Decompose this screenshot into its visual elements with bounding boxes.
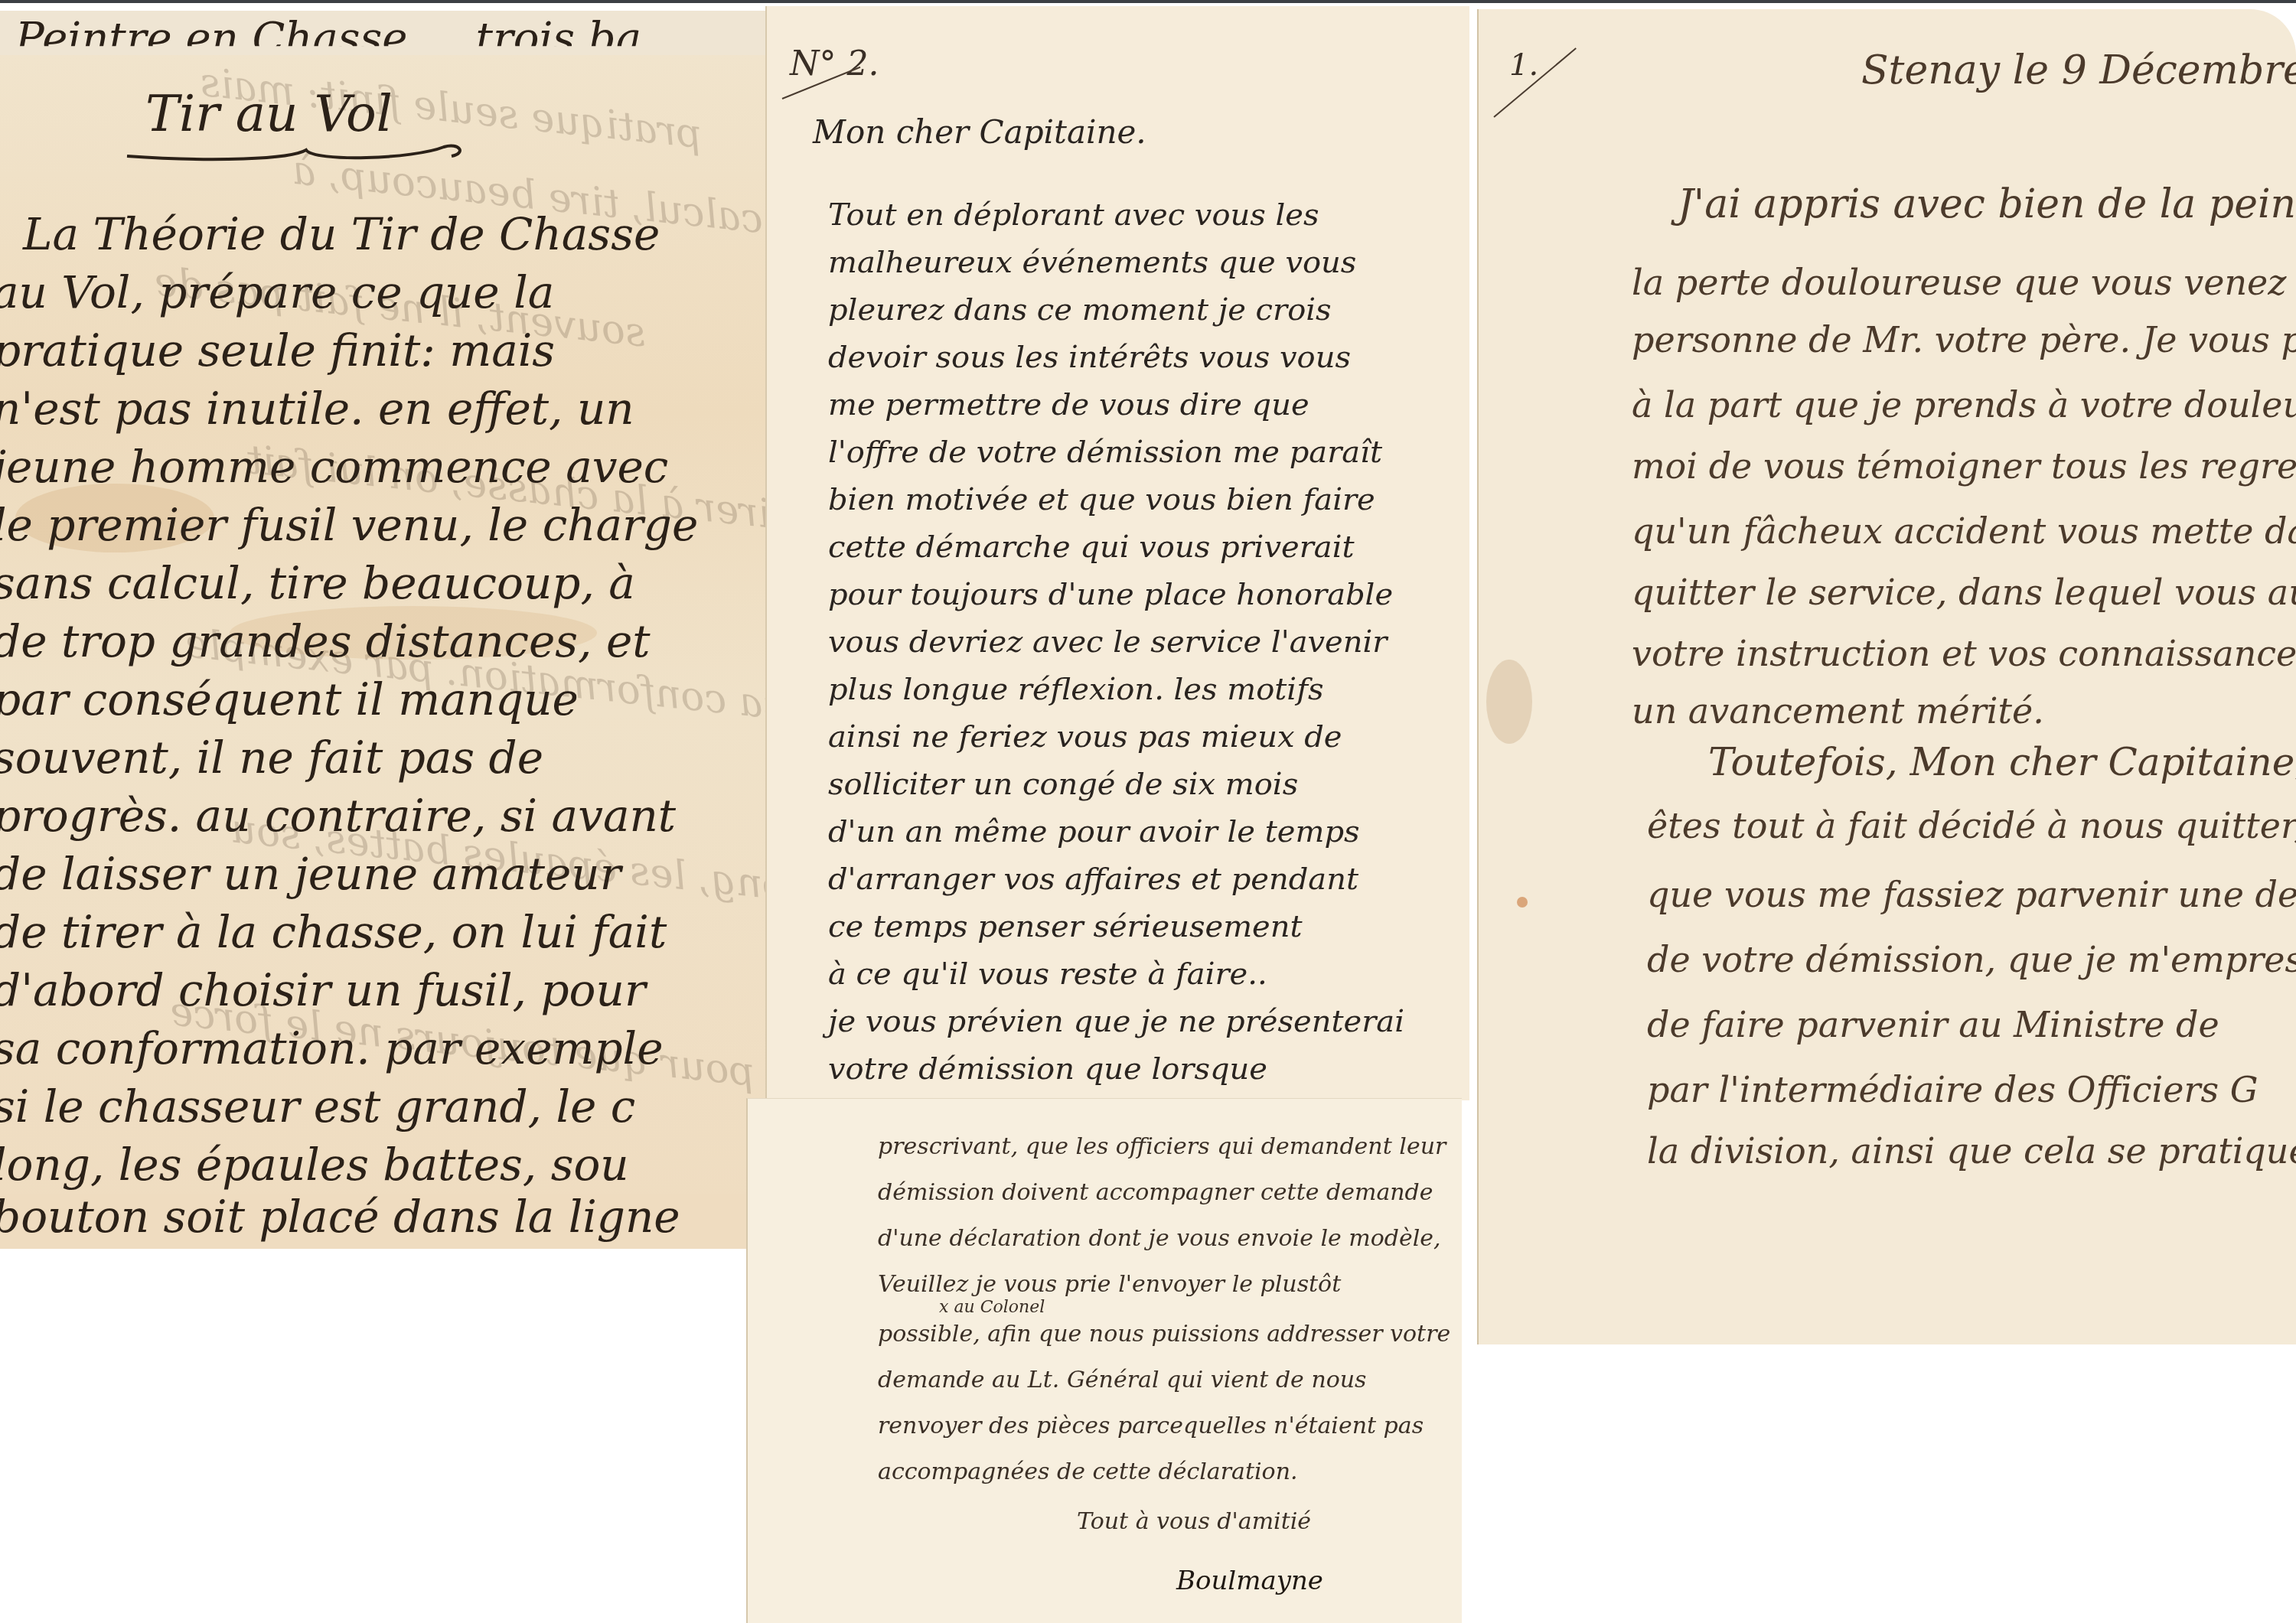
text-line: bouton soit placé dans la ligne <box>0 1194 680 1243</box>
text-line: à la part que je prends à votre douleur … <box>1632 384 2296 425</box>
text-line: qu'un fâcheux accident vous mette dans l… <box>1632 510 2296 552</box>
text-line: bien motivée et que vous bien faire <box>828 482 1375 517</box>
text-line: votre instruction et vos connaissances m… <box>1632 633 2296 674</box>
text-line: plus longue réflexion. les motifs <box>828 672 1323 707</box>
sheet-letter-no-1: 1. Stenay le 9 Décembre 1 J'ai appris av… <box>1477 9 2296 1344</box>
text-line: pratique seule finit: mais <box>0 324 555 376</box>
text-line: votre démission que lorsque <box>828 1051 1267 1087</box>
text-line: l'offre de votre démission me paraît <box>828 435 1382 470</box>
text-line: de tirer à la chasse, on lui fait <box>0 906 667 958</box>
text-line: long, les épaules battes, sou <box>0 1139 629 1191</box>
text-line: malheureux événements que vous <box>828 245 1356 280</box>
text-line: si le chasseur est grand, le c <box>0 1080 635 1133</box>
text-line: au Vol, prépare ce que la <box>0 266 554 318</box>
text-line: cette démarche qui vous priverait <box>828 530 1355 565</box>
dateline: Stenay le 9 Décembre 1 <box>1861 47 2296 93</box>
text-line: d'une déclaration dont je vous envoie le… <box>878 1225 1441 1252</box>
text-line: d'arranger vos affaires et pendant <box>828 862 1358 897</box>
text-line: moi de vous témoigner tous les regrets <box>1632 445 2296 487</box>
text-line: pleurez dans ce moment je crois <box>828 292 1332 328</box>
text-line: par l'intermédiaire des Officiers G <box>1647 1069 2258 1110</box>
text-line: demande au Lt. Général qui vient de nous <box>878 1367 1367 1393</box>
text-line: sa conformation. par exemple <box>0 1022 663 1074</box>
text-line: de trop grandes distances, et <box>0 615 651 667</box>
text-line: possible, afin que nous puissions addres… <box>878 1321 1450 1348</box>
text-line: le premier fusil venu, le charge <box>0 499 698 551</box>
text-line: J'ai appris avec bien de la peine, Mon c <box>1678 181 2296 227</box>
sheet-tir-au-vol: pratique seule finit: mais sans calcul, … <box>0 55 773 1249</box>
interlinear-note: x au Colonel <box>939 1298 1045 1317</box>
text-line: Veuillez je vous prie l'envoyer le plust… <box>878 1271 1341 1298</box>
text-line: sans calcul, tire beaucoup, à <box>0 557 635 609</box>
stain <box>1486 660 1532 744</box>
text-line: la perte douloureuse que vous venez de f… <box>1632 262 2296 303</box>
text-line: me permettre de vous dire que <box>828 387 1309 422</box>
text-line: accompagnées de cette déclaration. <box>878 1458 1298 1485</box>
text-line: d'abord choisir un fusil, pour <box>0 964 646 1016</box>
text-line: démission doivent accompagner cette dema… <box>878 1179 1433 1206</box>
salutation: Mon cher Capitaine. <box>813 113 1146 151</box>
text-line: d'un an même pour avoir le temps <box>828 814 1360 849</box>
text-line: un avancement mérité. <box>1632 690 2044 732</box>
text-line: pour toujours d'une place honorable <box>828 577 1393 612</box>
text-line: de laisser un jeune amateur <box>0 848 621 900</box>
text-line: Tout en déplorant avec vous les <box>828 197 1319 233</box>
heading-tir-au-vol: Tir au Vol <box>145 84 393 143</box>
text-line: de votre démission, que je m'empresser <box>1647 939 2296 980</box>
text-line: progrès. au contraire, si avant <box>0 790 676 842</box>
sheet-tir-au-vol-bottom: bouton soit placé dans la ligne <box>0 1194 765 1249</box>
page-number-mark: 1. <box>1509 47 1538 83</box>
text-line: devoir sous les intérêts vous vous <box>828 340 1351 375</box>
text-line: ainsi ne feriez vous pas mieux de <box>828 719 1342 754</box>
text-line: personne de Mr. votre père. Je vous prie… <box>1632 319 2296 360</box>
text-line: solliciter un congé de six mois <box>828 767 1298 802</box>
stain <box>1517 897 1528 908</box>
text-line: quitter le service, dans lequel vous aur… <box>1632 572 2296 613</box>
signature: Boulmayne <box>1176 1566 1323 1596</box>
sheet-letter-no-2: N° 2. Mon cher Capitaine. Tout en déplor… <box>765 6 1469 1100</box>
scanner-edge <box>0 0 2296 3</box>
text-line: ce temps penser sérieusement <box>828 909 1303 944</box>
text-line: que vous me fassiez parvenir une dema <box>1647 874 2296 915</box>
text-line: souvent, il ne fait pas de <box>0 732 543 784</box>
text-line: à ce qu'il vous reste à faire.. <box>828 957 1267 992</box>
text-line: n'est pas inutile. en effet, un <box>0 383 634 435</box>
text-line: vous devriez avec le service l'avenir <box>828 624 1387 660</box>
text-line: Toutefois, Mon cher Capitaine, si <box>1708 740 2296 784</box>
text-line: êtes tout à fait décidé à nous quitter, … <box>1647 805 2296 846</box>
text-line: la division, ainsi que cela se pratique <box>1647 1130 2296 1172</box>
text-line: La Théorie du Tir de Chasse <box>23 208 660 260</box>
text-line: renvoyer des pièces parcequelles n'étaie… <box>878 1413 1424 1439</box>
text-line: par conséquent il manque <box>0 673 579 725</box>
sheet-letter-no-2-continuation: prescrivant, que les officiers qui deman… <box>746 1098 1462 1623</box>
text-line: je vous prévien que je ne présenterai <box>828 1004 1404 1039</box>
text-line: jeune homme commence avec <box>0 441 668 493</box>
closing: Tout à vous d'amitié <box>1077 1508 1311 1535</box>
text-line: de faire parvenir au Ministre de <box>1647 1004 2219 1045</box>
text-line: prescrivant, que les officiers qui deman… <box>878 1133 1446 1160</box>
title-flourish <box>122 139 475 170</box>
